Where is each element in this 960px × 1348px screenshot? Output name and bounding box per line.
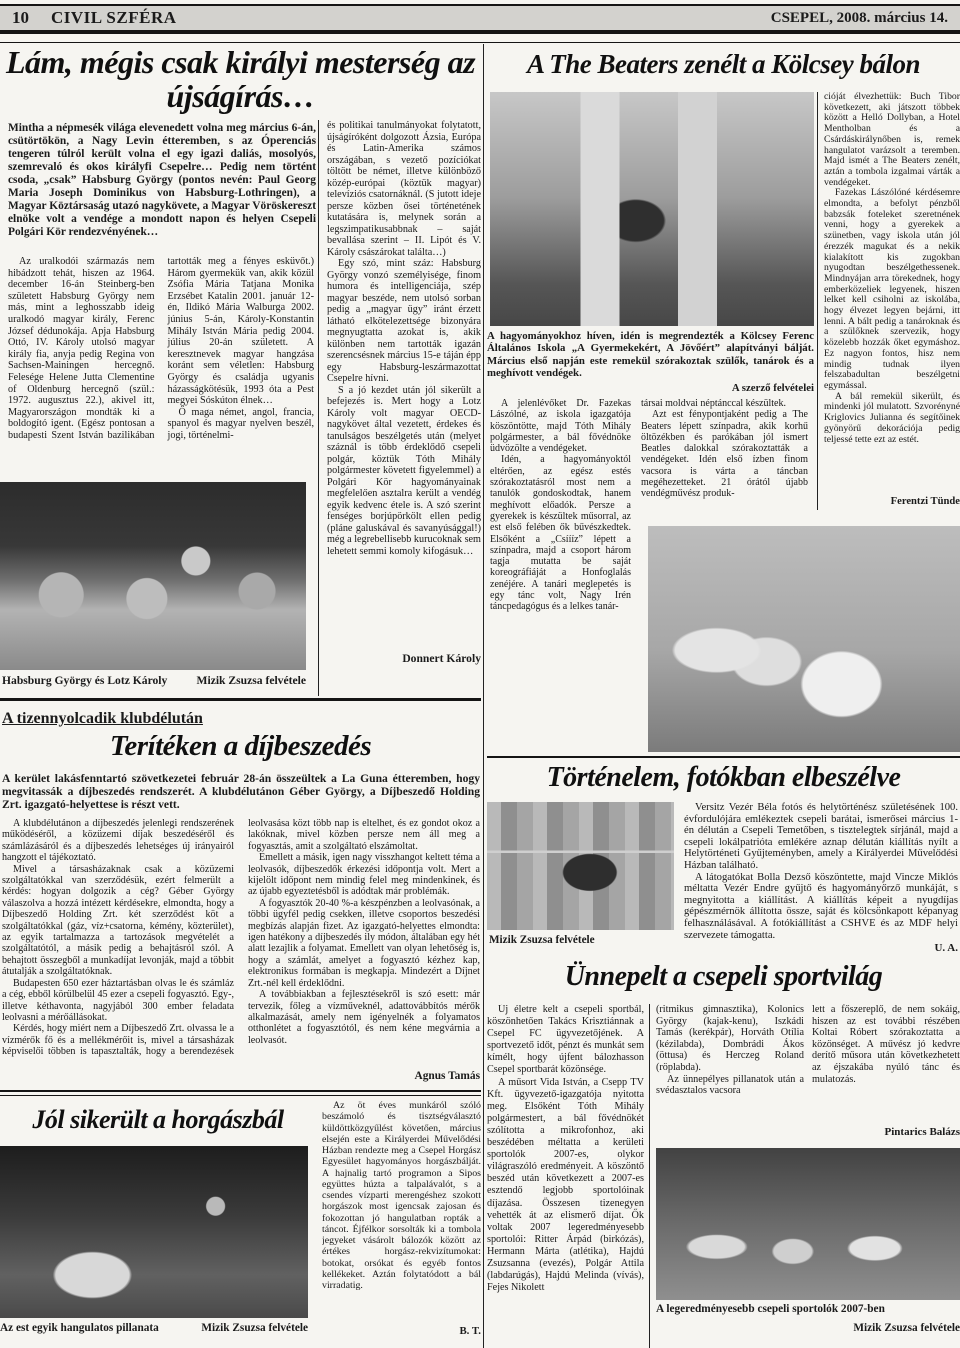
paragraph: A műsort Vida István, a Csepp TV Kft. üg… <box>487 1077 644 1295</box>
sport-article-column-1: Új életre kelt a csepeli sportbál, köszö… <box>487 1004 644 1348</box>
beaters-article-column-1: A jelenlévőket Dr. Fazekas Lászólné, az … <box>490 398 631 750</box>
paragraph: A továbbiakban a fejlesztésekről is szó … <box>248 989 480 1046</box>
paragraph: Új életre kelt a csepeli sportbál, köszö… <box>487 1004 644 1077</box>
royal-article-title: Lám, mégis csak királyi mesterség az újs… <box>0 46 481 113</box>
beaters-article-byline: Ferentzi Tünde <box>824 496 960 507</box>
left-section-rule-2a <box>0 1090 481 1092</box>
beaters-lead-credit: A szerző felvételei <box>487 382 814 394</box>
paragraph: Egy szó, mint száz: Habsburg György vonz… <box>327 258 481 385</box>
paragraph: S a jó kezdet után jól sikerült a befeje… <box>327 385 481 558</box>
paragraph: Fazekas Lászólóné kérdésemre elmondta, a… <box>824 188 960 391</box>
tortenelem-article-byline: U. A. <box>684 942 958 954</box>
beaters-article-title: A The Beaters zenélt a Kölcsey bálon <box>487 50 960 78</box>
paragraph: társai moldvai néptánccal készültek. <box>641 398 808 409</box>
paragraph: A bál remekül sikerült, és mindenki jól … <box>824 392 960 446</box>
paragraph: Mivel a társasházaknak csak a közüzemi s… <box>2 864 234 978</box>
klub-article-byline: Agnus Tamás <box>247 1070 480 1082</box>
sport-column-rule <box>649 1004 650 1348</box>
masthead: 10 CIVIL SZFÉRA CSEPEL, 2008. március 14… <box>0 4 960 34</box>
royal-photo-caption-row: Habsburg György és Lotz Károly Mizik Zsu… <box>2 674 306 687</box>
beaters-band-photo <box>490 92 814 326</box>
paragraph: Versitz Vezér Béla fotós és helytörténés… <box>684 802 958 872</box>
masthead-rule <box>0 42 960 43</box>
horgasz-photo-caption: Az est egyik hangulatos pillanata <box>0 1322 159 1334</box>
habsburg-lotz-photo <box>0 482 306 670</box>
left-section-rule-2b <box>0 1095 481 1096</box>
sport-photo-credit: Mizik Zsuzsa felvétele <box>656 1322 960 1334</box>
horgasz-photo-caption-row: Az est egyik hangulatos pillanata Mizik … <box>0 1322 308 1334</box>
beaters-column-rule <box>817 92 818 510</box>
paragraph: Ő maga német, angol, francia, spanyol és… <box>168 407 315 442</box>
paragraph: (ritmikus gimnasztika), Kolonics György … <box>656 1004 804 1074</box>
sport-article-column-3: lett a főszereplő, de nem sokáig, hiszen… <box>812 1004 960 1126</box>
paragraph: Budapesten 650 ezer háztartásban olvas l… <box>2 978 234 1024</box>
royal-article-column-3: és politikai tanulmányokat folytatott, ú… <box>327 120 481 652</box>
paragraph: Idén, a hagyományoktól eltérően, az egés… <box>490 454 631 612</box>
paragraph: és politikai tanulmányokat folytatott, ú… <box>327 120 481 258</box>
sport-article-title: Ünnepelt a csepeli sportvilág <box>487 962 960 991</box>
royal-photo-credit: Mizik Zsuzsa felvétele <box>197 674 306 687</box>
klub-article-title: Terítéken a díjbeszedés <box>0 731 481 761</box>
klub-article-lead: A kerület lakásfenntartó szövetkezetei f… <box>2 772 480 814</box>
sport-article-byline: Pintarics Balázs <box>812 1126 960 1138</box>
horgasz-article-byline: B. T. <box>322 1325 481 1337</box>
sport-article-column-2: (ritmikus gimnasztika), Kolonics György … <box>656 1004 804 1138</box>
paragraph: Azt est fénypontjaként pedig a The Beate… <box>641 409 808 499</box>
royal-column-rule <box>318 120 319 696</box>
right-section-rule-1 <box>487 756 960 758</box>
beaters-article-column-3: cióját élvezhettük: Buch Tibor következe… <box>824 92 960 496</box>
left-section-rule-1 <box>0 698 481 701</box>
paragraph: Emellett a másik, igen nagy visszhangot … <box>248 852 480 898</box>
paragraph: cióját élvezhettük: Buch Tibor következe… <box>824 92 960 188</box>
klub-article-body: A klubdélutánon a díjbeszedés jelenlegi … <box>2 818 480 1070</box>
newspaper-page: 10 CIVIL SZFÉRA CSEPEL, 2008. március 14… <box>0 0 960 1348</box>
tortenelem-photo-credit: Mizik Zsuzsa felvétele <box>489 934 674 946</box>
section-title: CIVIL SZFÉRA <box>51 8 177 28</box>
paragraph: Az ünnepélyes pillanatok után a svédaszt… <box>656 1074 804 1097</box>
beaters-dancers-photo <box>648 526 960 752</box>
paragraph: A fogyasztók 20-40 %-a készpénzben a leo… <box>248 898 480 989</box>
beaters-article-column-2: társai moldvai néptánccal készültek.Azt … <box>641 398 808 522</box>
klub-article-kicker: A tizennyolcadik klubdélután <box>2 710 203 728</box>
sport-winners-photo <box>656 1148 960 1300</box>
paragraph: A jelenlévőket Dr. Fazekas Lászólné, az … <box>490 398 631 454</box>
tortenelem-article-title: Történelem, fotókban elbeszélve <box>487 763 960 792</box>
horgasz-article-title: Jól sikerült a horgászbál <box>0 1106 316 1133</box>
royal-photo-caption: Habsburg György és Lotz Károly <box>2 674 167 687</box>
paragraph: Az öt éves munkáról szóló beszámoló és t… <box>322 1100 481 1291</box>
paragraph: A klubdélutánon a díjbeszedés jelenlegi … <box>2 818 234 864</box>
page-number: 10 <box>12 8 29 28</box>
center-column-rule <box>483 44 484 1348</box>
royal-article-lead: Mintha a népmesék világa elevenedett vol… <box>8 122 316 252</box>
tortenelem-exhibition-photo <box>487 802 674 930</box>
horgasz-article-body: Az öt éves munkáról szóló beszámoló és t… <box>322 1100 481 1336</box>
beaters-article-lead: A hagyományokhoz híven, idén is megrende… <box>487 330 814 382</box>
royal-article-columns-1-2: Az uralkodói származás nem hibádzott teh… <box>8 256 314 478</box>
paragraph: lett a főszereplő, de nem sokáig, hiszen… <box>812 1004 960 1085</box>
horgasz-photo-credit: Mizik Zsuzsa felvétele <box>201 1322 308 1334</box>
paragraph: A látogatókat Bolla Dezső köszöntette, m… <box>684 872 958 942</box>
horgasz-ball-photo <box>0 1146 308 1318</box>
sport-photo-caption: A legeredményesebb csepeli sportolók 200… <box>656 1303 960 1315</box>
issue-date: CSEPEL, 2008. március 14. <box>771 10 948 27</box>
tortenelem-article-body: Versitz Vezér Béla fotós és helytörténés… <box>684 802 958 954</box>
royal-article-byline: Donnert Károly <box>327 652 481 665</box>
